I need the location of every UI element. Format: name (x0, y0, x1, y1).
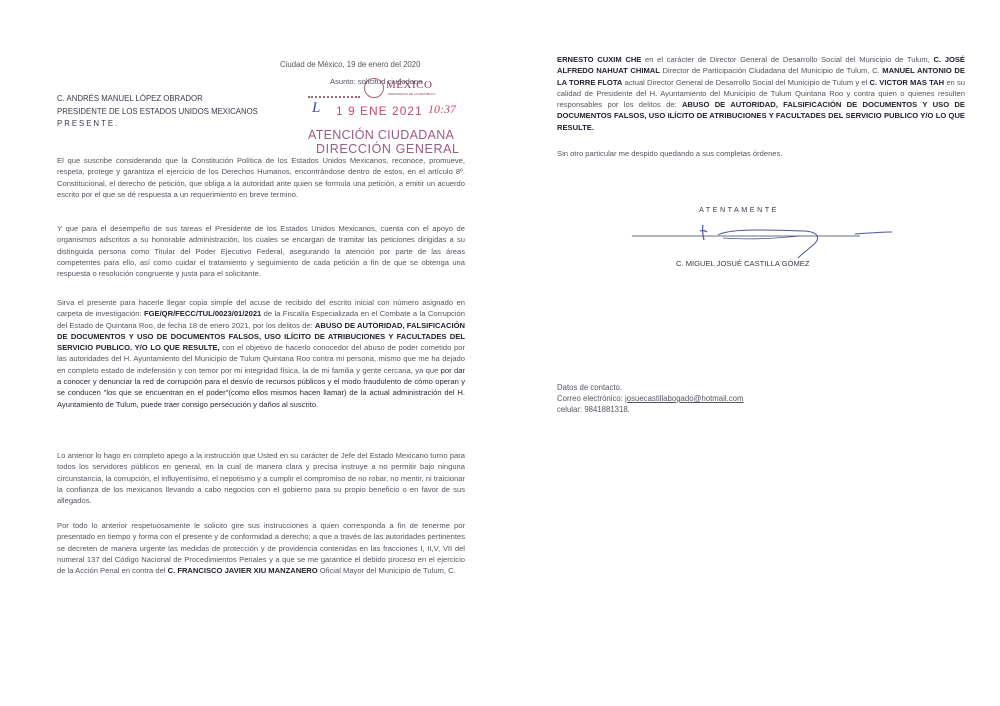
stamp-office-line2: DIRECCIÓN GENERAL (316, 142, 460, 156)
accused-name: C. FRANCISCO JAVIER XIU MANZANERO (168, 566, 318, 575)
building-emblem-icon (308, 80, 360, 98)
accused-name: C. VICTOR MAS TAH (870, 78, 945, 87)
contact-heading: Datos de contacto. (557, 382, 743, 393)
r1-text: actual Director General de Desarrollo So… (622, 78, 869, 87)
atentamente-label: ATENTAMENTE (699, 205, 779, 214)
letter-page-2: ERNESTO CUXIM CHE en el carácter de Dire… (500, 0, 1000, 706)
contact-block: Datos de contacto. Correo electrónico: j… (557, 382, 743, 415)
recipient-presente: PRESENTE. (57, 118, 258, 131)
stamp-institution: MÉXICO (386, 79, 432, 91)
phone-label: celular: (557, 405, 584, 414)
p5-text-b: Oficial Mayor del Municipio de Tulum, C. (318, 566, 456, 575)
case-folio: FGE/QR/FECC/TUL/0023/01/2021 (144, 309, 261, 318)
paragraph-2: Y que para el desempeño de sus tareas el… (57, 223, 465, 279)
seal-icon (364, 78, 384, 98)
signer-name: C. MIGUEL JOSUÉ CASTILLA GÓMEZ (676, 259, 809, 268)
stamp-received-date: 1 9 ENE 2021 (336, 104, 423, 118)
stamp-office-line1: ATENCIÓN CIUDADANA (308, 128, 454, 142)
accused-name: ERNESTO CUXIM CHE (557, 55, 641, 64)
letter-page-1: Ciudad de México, 19 de enero del 2020 A… (0, 0, 500, 706)
date-line: Ciudad de México, 19 de enero del 2020 (280, 60, 420, 69)
phone-number: 9841881318. (584, 405, 630, 414)
contact-email-row: Correo electrónico: josuecastillabogado@… (557, 393, 743, 404)
recipient-title: PRESIDENTE DE LOS ESTADOS UNIDOS MEXICAN… (57, 106, 258, 119)
reception-stamp: MÉXICO PRESIDENCIA DE LA REPÚBLICA L 1 9… (300, 76, 470, 160)
contact-phone-row: celular: 9841881318. (557, 404, 743, 415)
recipient-name: C. ANDRÉS MANUEL LÓPEZ OBRADOR (57, 93, 258, 106)
r1-text: en el carácter de Director General de De… (641, 55, 933, 64)
email-label: Correo electrónico: (557, 394, 625, 403)
paragraph-3: Sirva el presente para hacerle llegar co… (57, 297, 465, 410)
stamp-institution-sub: PRESIDENCIA DE LA REPÚBLICA (388, 92, 435, 96)
email-link[interactable]: josuecastillabogado@hotmail.com (625, 394, 743, 403)
closing-line: Sin otro particular me despido quedando … (557, 148, 965, 159)
stamp-received-time: 10:37 (428, 102, 456, 117)
r1-text: Director de Participación Ciudadana del … (660, 66, 882, 75)
paragraph-1: El que suscribe considerando que la Cons… (57, 155, 465, 200)
stamp-signature-mark: L (312, 100, 320, 117)
paragraph-4: Lo anterior lo hago en completo apego a … (57, 450, 465, 506)
handwritten-signature-icon (630, 222, 900, 262)
recipient-block: C. ANDRÉS MANUEL LÓPEZ OBRADOR PRESIDENT… (57, 93, 258, 131)
paragraph-5: Por todo lo anterior respetuosamente le … (57, 520, 465, 576)
continuation-paragraph: ERNESTO CUXIM CHE en el carácter de Dire… (557, 54, 965, 133)
